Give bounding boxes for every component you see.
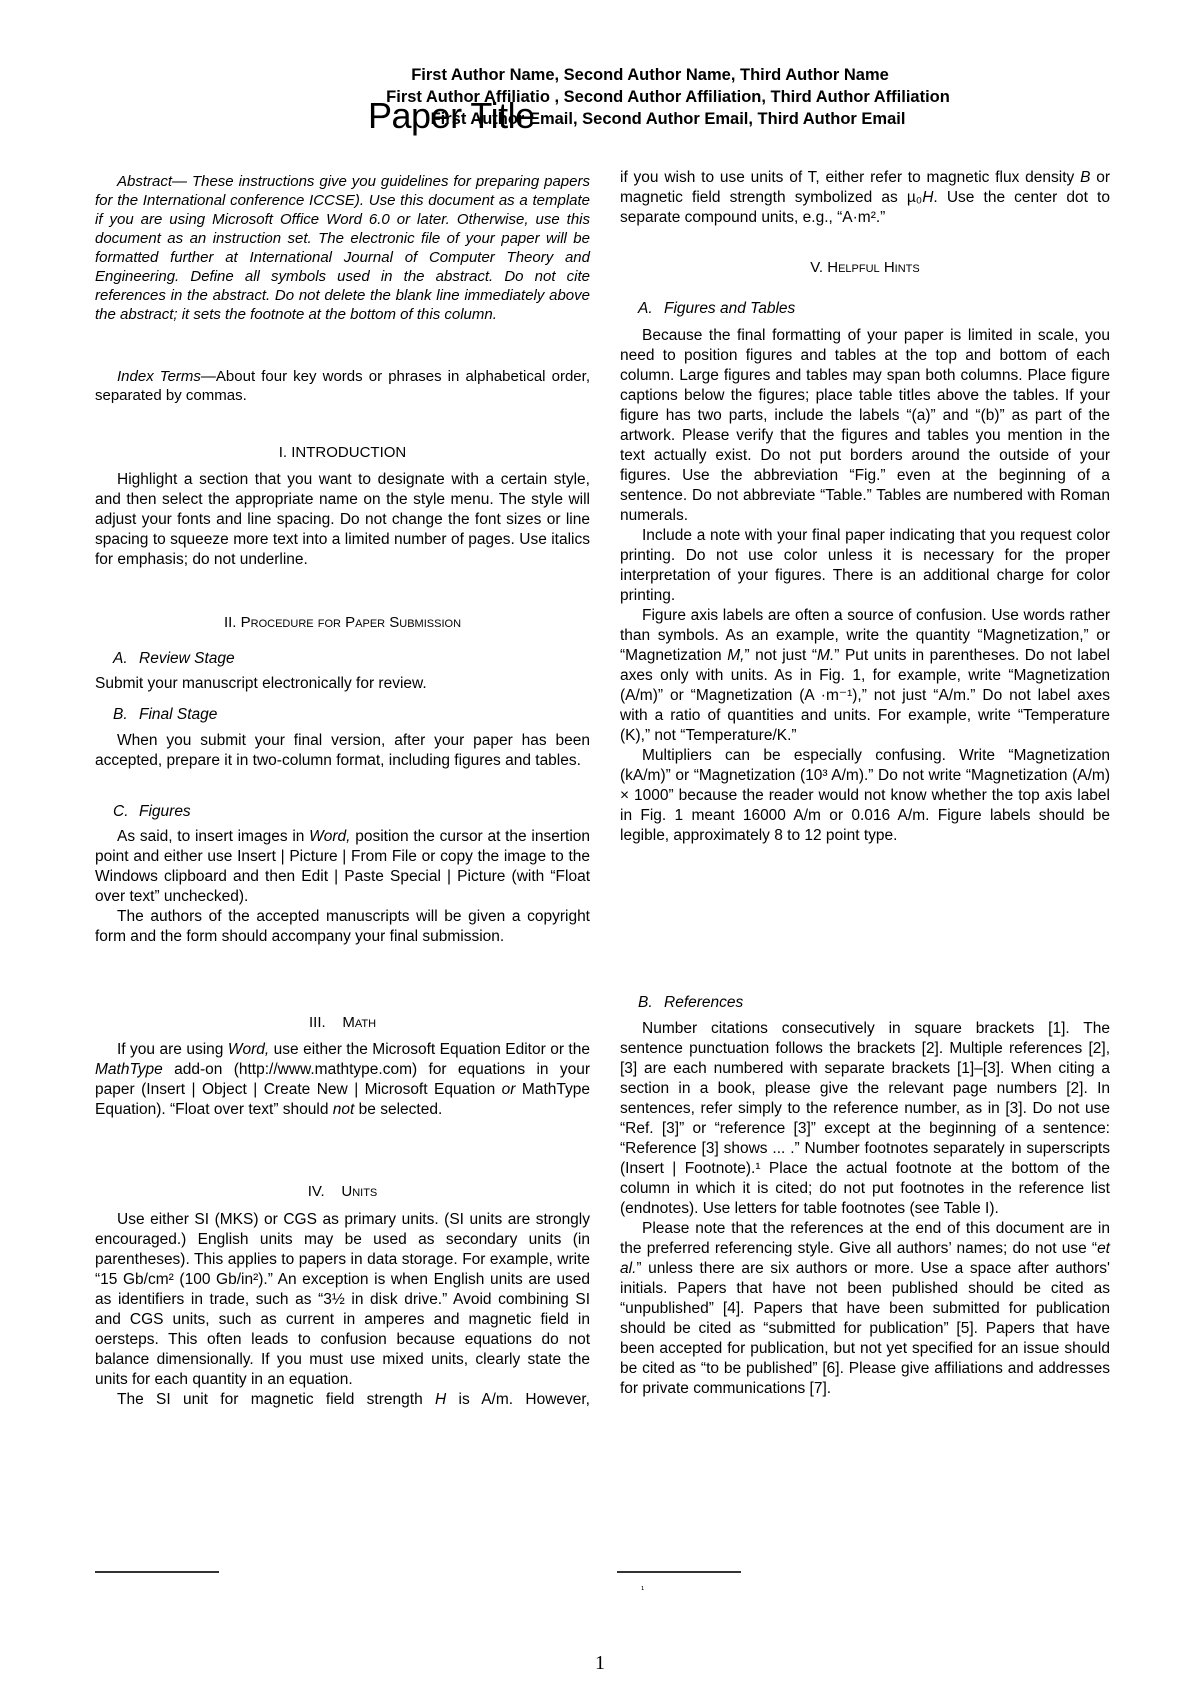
section-heading-helpful-hints: V. Helpful Hints [620,259,1110,276]
section-heading-procedure: II. Procedure for Paper Submission [95,614,590,631]
page-number: 1 [0,1652,1200,1675]
paragraph: Figure axis labels are often a source of… [620,606,1110,746]
units-continued: if you wish to use units of T, either re… [620,168,1110,228]
paragraph: The authors of the accepted manuscripts … [95,907,590,947]
paragraph: Use either SI (MKS) or CGS as primary un… [95,1210,590,1390]
introduction-body: Highlight a section that you want to des… [95,470,590,570]
author-affiliations: First Author Affiliatio , Second Author … [68,86,1200,108]
paragraph: Include a note with your final paper ind… [620,526,1110,606]
paper-page: First Author Name, Second Author Name, T… [0,0,1200,1698]
section-title: Helpful Hints [827,259,919,276]
section-title: Procedure for Paper Submission [241,614,461,631]
paragraph: The SI unit for magnetic field strength … [95,1390,590,1410]
references-body: Number citations consecutively in square… [620,1019,1110,1399]
subsection-number: B. [113,706,139,724]
section-number: II. [224,614,241,631]
section-title: Math [342,1014,376,1031]
paragraph: As said, to insert images in Word, posit… [95,827,590,907]
paragraph: Please note that the references at the e… [620,1219,1110,1399]
section-heading-introduction: I. INTRODUCTION [95,444,590,461]
math-body: If you are using Word, use either the Mi… [95,1040,590,1120]
subsection-heading-review-stage: A.Review Stage [113,650,235,668]
subsection-title: References [664,994,743,1011]
paragraph: Submit your manuscript electronically fo… [95,674,590,694]
section-title: Units [341,1183,377,1200]
author-emails: First Author Email, Second Author Email,… [68,108,1200,130]
section-number: IV. [308,1183,325,1200]
footnote-separator-right [617,1571,741,1573]
figures-body: As said, to insert images in Word, posit… [95,827,590,947]
subsection-heading-references: B.References [638,994,743,1012]
abstract-label: Abstract— [117,173,187,190]
subsection-title: Figures [139,803,191,820]
author-names: First Author Name, Second Author Name, T… [50,64,1200,86]
subsection-number: A. [113,650,139,668]
footnote-mark: ¹ [641,1586,644,1596]
subsection-heading-figures-and-tables: A.Figures and Tables [638,300,795,318]
subsection-number: A. [638,300,664,318]
section-heading-units: IV. Units [95,1183,590,1200]
subsection-number: B. [638,994,664,1012]
subsection-number: C. [113,803,139,821]
final-stage-body: When you submit your final version, afte… [95,731,590,771]
paragraph: If you are using Word, use either the Mi… [95,1040,590,1120]
review-stage-body: Submit your manuscript electronically fo… [95,674,590,694]
index-terms-label: Index Terms [117,368,201,385]
subsection-title: Review Stage [139,650,235,667]
abstract: Abstract— These instructions give you gu… [95,172,590,324]
subsection-heading-final-stage: B.Final Stage [113,706,217,724]
paragraph: if you wish to use units of T, either re… [620,168,1110,228]
units-body: Use either SI (MKS) or CGS as primary un… [95,1210,590,1410]
footnote-separator-left [95,1571,219,1573]
subsection-heading-figures: C.Figures [113,803,191,821]
index-terms: Index Terms—About four key words or phra… [95,367,590,405]
abstract-text: These instructions give you guidelines f… [95,173,590,323]
paragraph: Highlight a section that you want to des… [95,470,590,570]
paragraph: When you submit your final version, afte… [95,731,590,771]
subsection-title: Figures and Tables [664,300,795,317]
paragraph: Because the final formatting of your pap… [620,326,1110,526]
section-number: III. [309,1014,326,1031]
paper-title: Paper Title [368,96,535,136]
paragraph: Multipliers can be especially confusing.… [620,746,1110,846]
subsection-title: Final Stage [139,706,217,723]
figures-and-tables-body: Because the final formatting of your pap… [620,326,1110,846]
paragraph: Number citations consecutively in square… [620,1019,1110,1219]
section-heading-math: III. Math [95,1014,590,1031]
section-number: V. [810,259,827,276]
